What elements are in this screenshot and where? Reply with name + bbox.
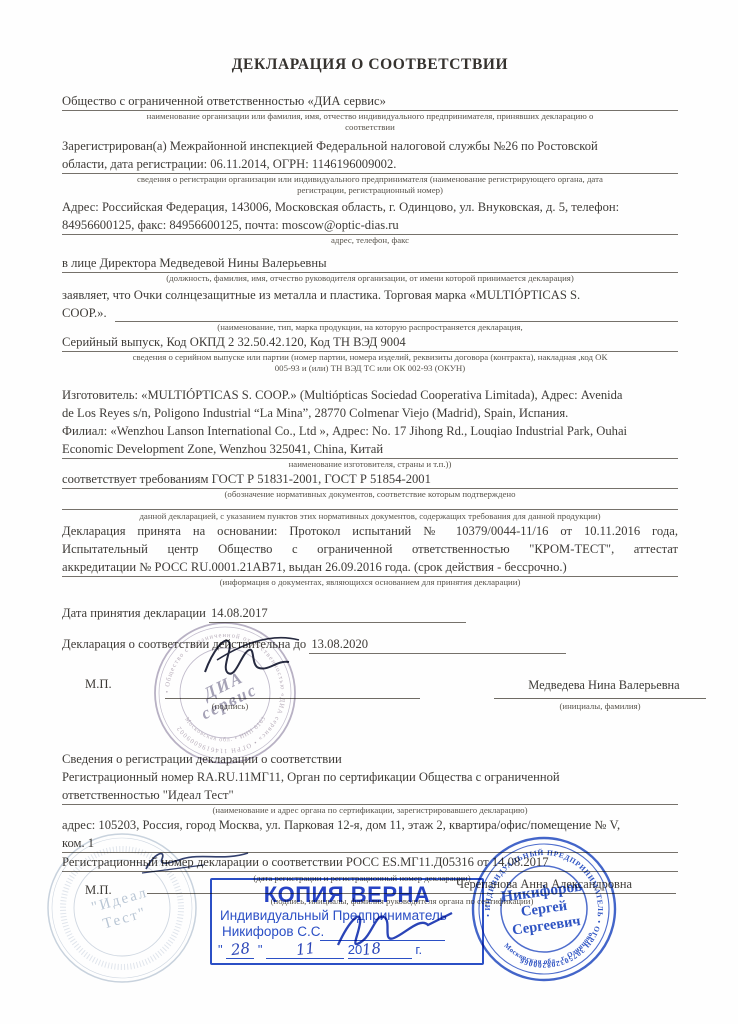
manufacturer-line-4: Economic Development Zone, Wenzhou 32504… — [62, 440, 678, 459]
conformity-standards-line: соответствует требованиям ГОСТ Р 51831-2… — [62, 470, 678, 489]
scanned-declaration-document: ДЕКЛАРАЦИЯ О СООТВЕТСТВИИ Общество с огр… — [0, 0, 738, 1024]
director-line: в лице Директора Медведевой Нины Валерье… — [62, 254, 678, 273]
product-declaration-text: СООР.». — [62, 304, 107, 322]
field-caption: наименование изготовителя, страны и т.п.… — [62, 459, 678, 470]
declarant-signatory-name: Медведева Нина Валерьевна — [504, 676, 704, 694]
copy-verna-line2: Никифоров С.С. — [222, 924, 324, 939]
document-content: ДЕКЛАРАЦИЯ О СООТВЕТСТВИИ Общество с огр… — [62, 56, 678, 917]
field-caption: (обозначение нормативных документов, соо… — [62, 489, 678, 500]
manufacturer-line-1: Изготовитель: «MULTIÓPTICAS S. COOP.» (M… — [62, 386, 678, 404]
nikiforov-round-stamp: • ИНДИВИДУАЛЬНЫЙ ПРЕДПРИНИМАТЕЛЬ • ОГРН … — [470, 835, 618, 983]
basis-line-2: Испытательный центр Общество с ограничен… — [62, 540, 678, 558]
handwritten-day: 28 — [226, 940, 254, 959]
field-caption: (наименование, тип, марка продукции, на … — [62, 322, 678, 333]
field-caption: (должность, фамилия, имя, отчество руков… — [62, 273, 678, 284]
valid-until-value: 13.08.2020 — [309, 635, 566, 654]
cert-body-line-2: ответственностью "Идеал Тест" — [62, 786, 678, 805]
cherepanova-signature — [140, 845, 260, 877]
field-caption: данной декларацией, с указанием пунктов … — [62, 511, 678, 522]
field-caption: сведения о регистрации организации или и… — [62, 174, 678, 185]
field-caption: (наименование и адрес органа по сертифик… — [62, 805, 678, 816]
field-caption: сведения о серийном выпуске или партии (… — [62, 352, 678, 363]
serial-release-line: Серийный выпуск, Код ОКПД 2 32.50.42.120… — [62, 333, 678, 352]
basis-line-1: Декларация принята на основании: Протоко… — [62, 522, 678, 540]
nikiforov-signature — [330, 905, 465, 955]
ruled-line — [115, 304, 678, 322]
field-caption: (информация о документах, являющихся осн… — [62, 577, 678, 588]
ruled-line — [62, 500, 678, 510]
basis-line-3: аккредитации № РОСС RU.0001.21АВ71, выда… — [62, 558, 678, 577]
field-caption: адрес, телефон, факс — [62, 235, 678, 246]
product-declaration-line-1: заявляет, что Очки солнцезащитные из мет… — [62, 286, 678, 304]
signature-line — [494, 698, 706, 699]
field-caption: регистрации, регистрационный номер) — [62, 185, 678, 196]
field-caption: наименование организации или фамилия, им… — [62, 111, 678, 122]
address-line-1: Адрес: Российская Федерация, 143006, Мос… — [62, 198, 678, 216]
declarant-name-line: Общество с ограниченной ответственностью… — [62, 92, 678, 111]
quote-mark: " — [218, 942, 223, 957]
field-caption: (инициалы, фамилия) — [494, 701, 706, 712]
document-title: ДЕКЛАРАЦИЯ О СООТВЕТСТВИИ — [62, 56, 678, 76]
field-caption: соответствии — [62, 122, 678, 133]
cert-body-line-1: Регистрационный номер RA.RU.11МГ11, Орга… — [62, 768, 678, 786]
medvedeva-signature — [195, 628, 310, 686]
registration-line-2: области, дата регистрации: 06.11.2014, О… — [62, 155, 678, 174]
manufacturer-line-2: de Los Reyes s/n, Poligono Industrial “L… — [62, 404, 678, 422]
address-line-2: 84956600125, факс: 84956600125, почта: m… — [62, 216, 678, 235]
registration-line-1: Зарегистрирован(а) Межрайонной инспекцие… — [62, 137, 678, 155]
stamp-place-label: М.П. — [85, 675, 112, 693]
field-caption: 005-93 и (или) ТН ВЭД ТС или ОК 002-93 (… — [62, 363, 678, 374]
product-declaration-line-2: СООР.». — [62, 304, 678, 322]
quote-mark: " — [258, 942, 263, 957]
manufacturer-line-3: Филиал: «Wenzhou Lanson International Co… — [62, 422, 678, 440]
